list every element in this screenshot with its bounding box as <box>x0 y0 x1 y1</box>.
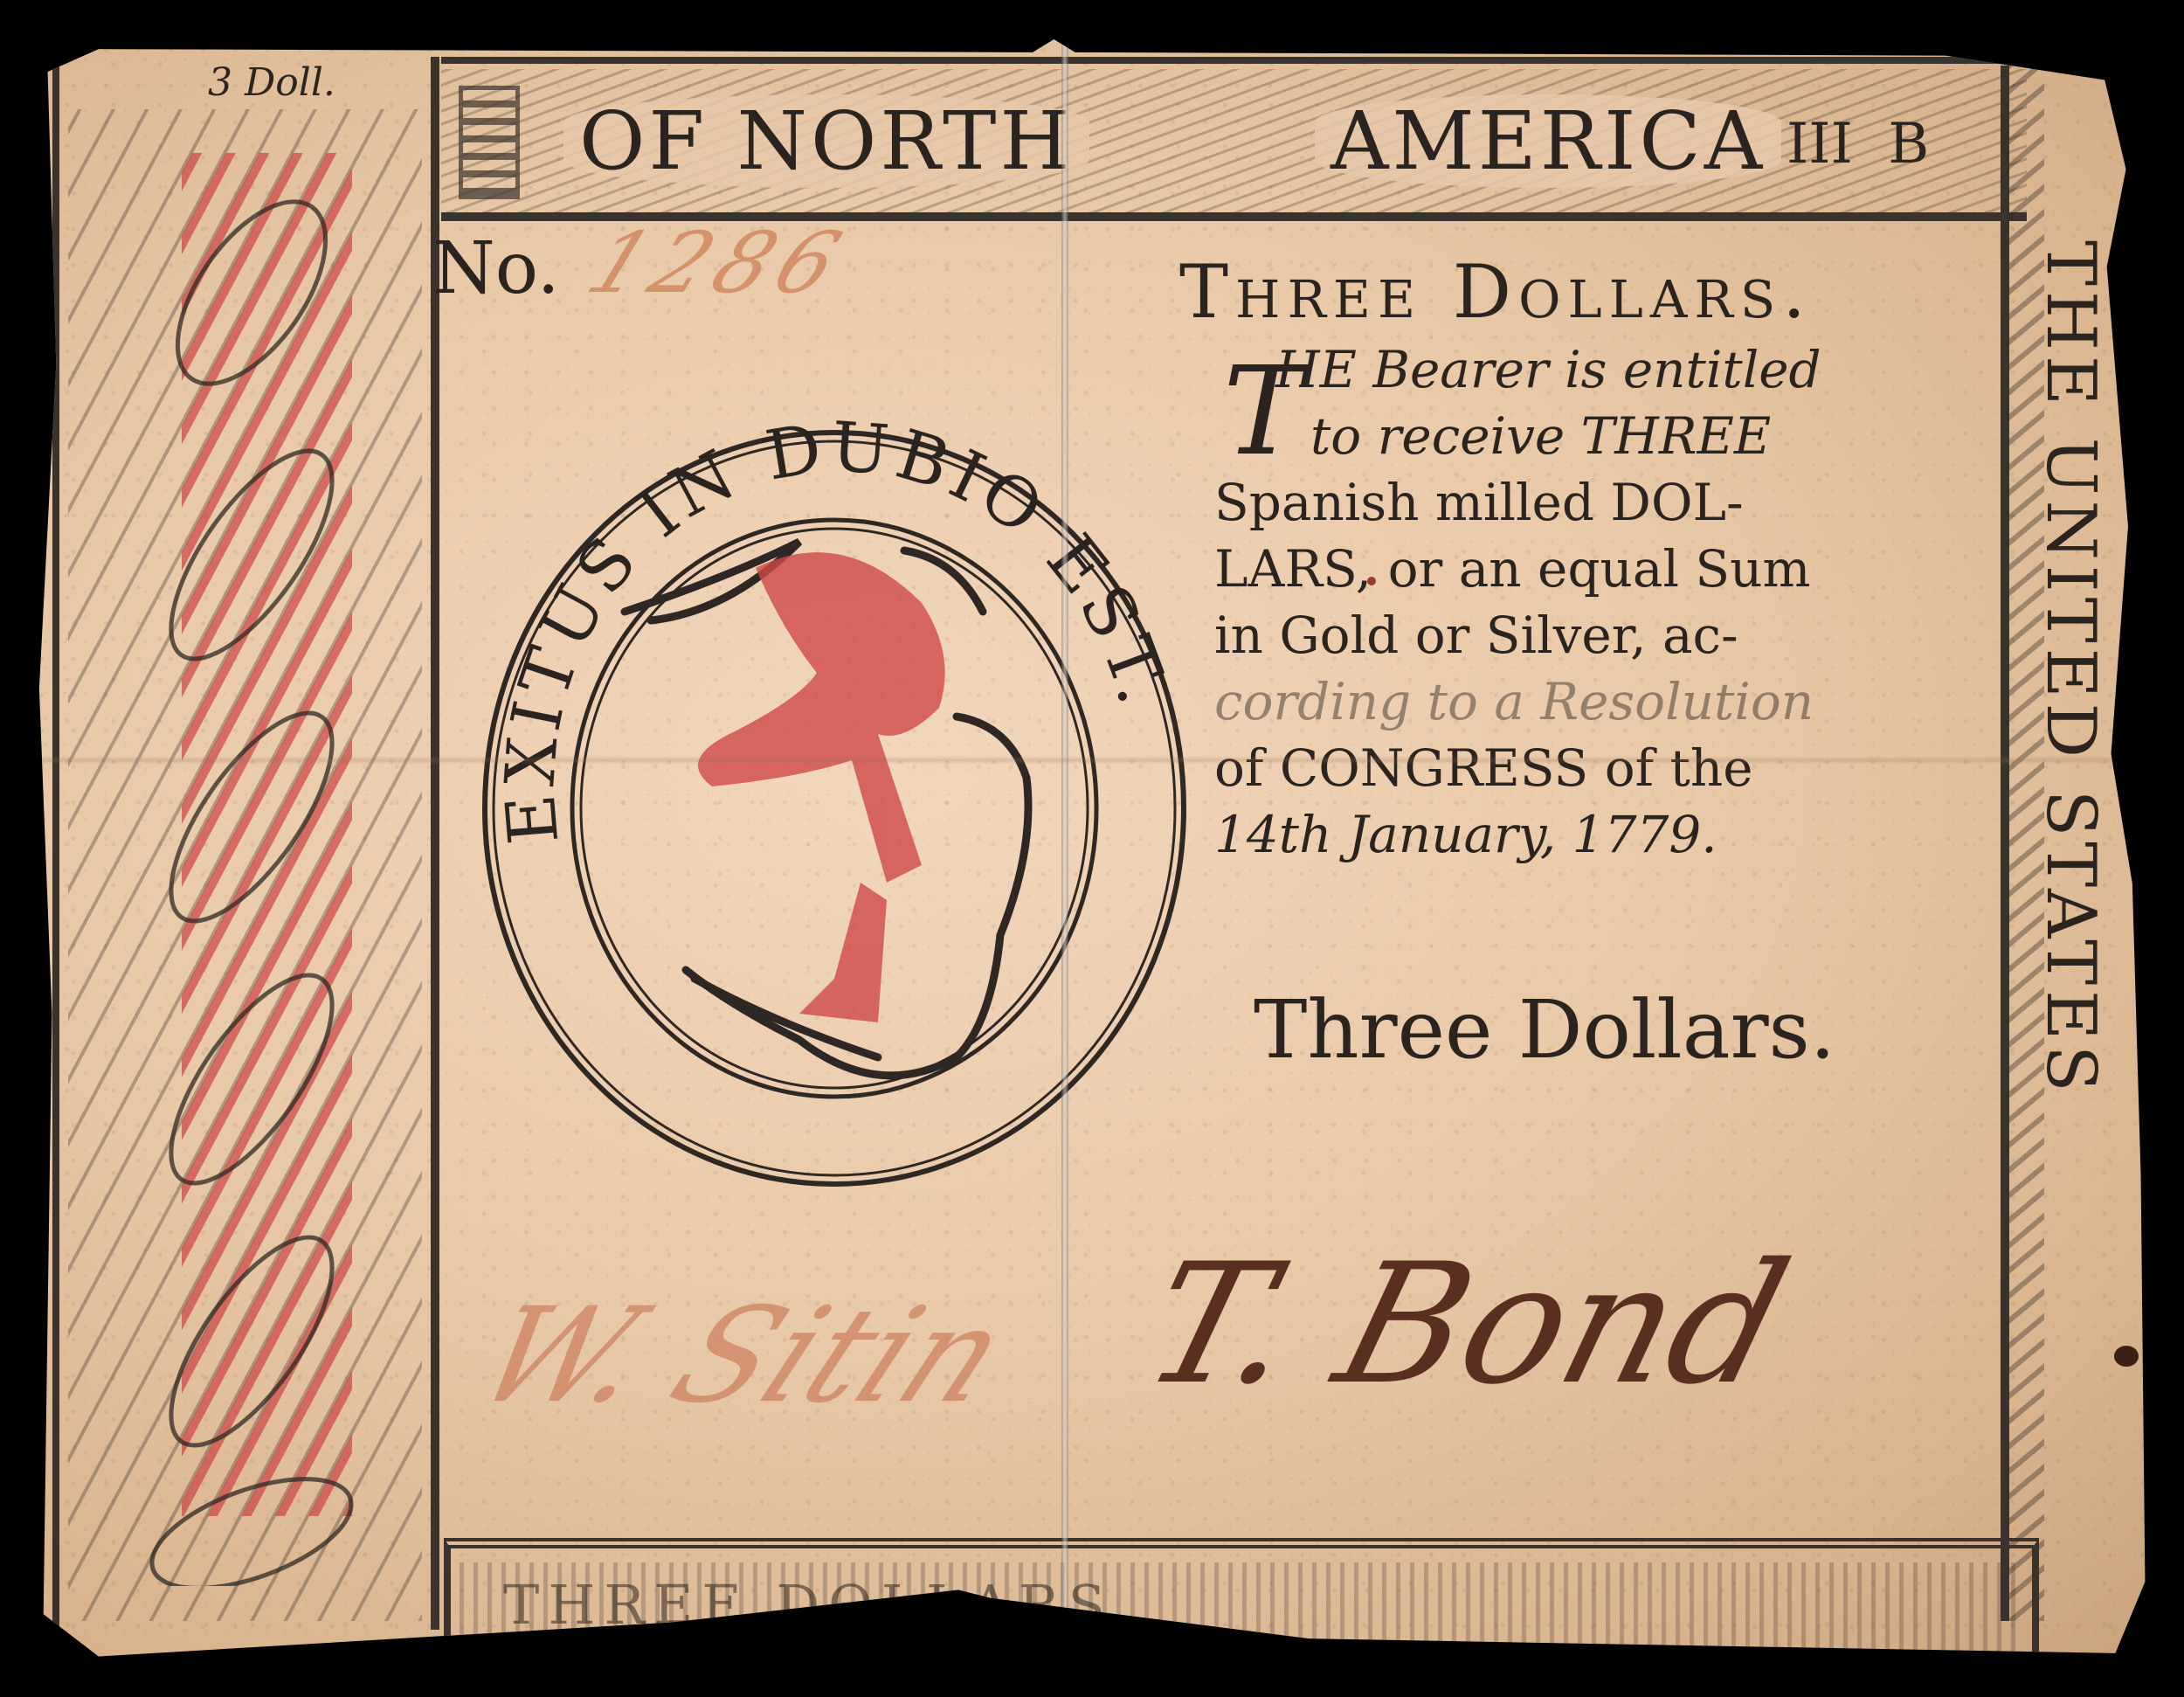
promise-line: LARS, or an equal Sum <box>1214 536 2001 602</box>
ink-spot <box>1367 577 1376 585</box>
denomination-title: Three Dollars. <box>1179 249 1813 335</box>
promise-line: to receive THREE <box>1214 403 2001 469</box>
bottom-banner: THREE DOLLARS <box>444 1538 2039 1653</box>
serial-label: No. <box>432 227 560 310</box>
promise-line: of CONGRESS of the <box>1214 735 2001 801</box>
signature-right: T. Bond <box>1127 1228 1806 1421</box>
top-banner-left-text: OF NORTH <box>563 94 1089 188</box>
vertical-fold-line <box>1061 39 1068 1663</box>
seal-heron-eagle-icon: EXITUS IN DUBIO EST. <box>467 411 1201 1197</box>
left-ornamental-border: 3 Doll. <box>52 57 439 1630</box>
serial-number: 1286 <box>574 214 862 312</box>
signature-left: W. Sitin <box>453 1280 1030 1432</box>
top-banner-right-text: AMERICA <box>1315 94 1781 188</box>
bottom-banner-text: THREE DOLLARS <box>503 1573 1114 1637</box>
banknote: 3 Doll. OF NORTH AMERICA III B THE UNITE… <box>35 39 2158 1663</box>
promise-line: cording to a Resolution <box>1214 668 2001 735</box>
promise-text: HE Bearer is entitled to receive THREE S… <box>1214 336 2001 868</box>
small-denomination: 3 Doll. <box>208 60 335 105</box>
right-ornamental-border: THE UNITED STATES <box>2001 66 2159 1621</box>
plate-letter: B <box>1888 112 1929 177</box>
top-banner-box <box>459 86 520 199</box>
horizontal-fold-line <box>35 756 2158 765</box>
stain-spot <box>2114 1346 2139 1367</box>
promise-line: in Gold or Silver, ac- <box>1214 602 2001 668</box>
right-border-text: THE UNITED STATES <box>2031 240 2110 1507</box>
promise-line: HE Bearer is entitled <box>1214 336 2001 403</box>
script-flourish-icon <box>112 188 391 1586</box>
top-banner: OF NORTH AMERICA III B <box>441 57 2027 221</box>
promise-line: Spanish milled DOL- <box>1214 469 2001 536</box>
promise-line: 14th January, 1779. <box>1214 801 2001 868</box>
footer-denomination: Three Dollars. <box>1254 983 1835 1077</box>
top-banner-emblem: III B <box>1787 112 1929 177</box>
roman-numeral: III <box>1787 112 1853 177</box>
